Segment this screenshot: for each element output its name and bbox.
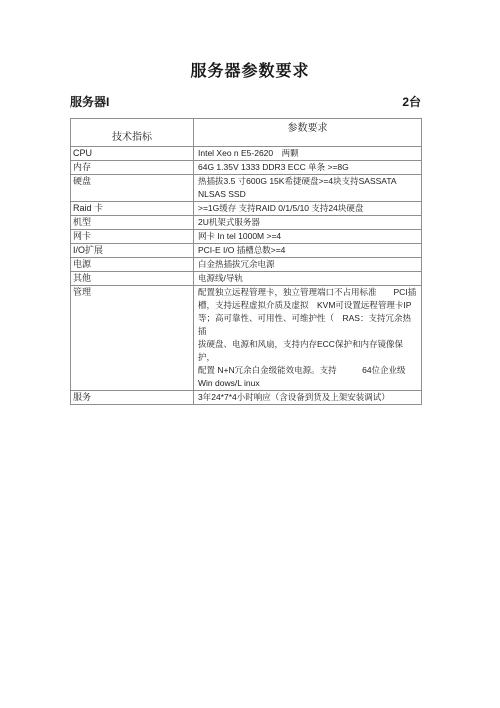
row-label: 服务 (71, 391, 194, 405)
spec-table-body: CPU Intel Xeo n E5-2620 两颗 内存 64G 1.35V … (71, 147, 422, 405)
row-value: 64G 1.35V 1333 DDR3 ECC 单条 >=8G (194, 161, 422, 175)
table-row: I/O扩展 PCI-E I/O 插槽总数>=4 (71, 244, 422, 258)
column-header-requirement: 参数要求 (194, 119, 422, 147)
table-row: 电源 白金热插拔冗余电源 (71, 258, 422, 272)
row-value: 电源线/导轨 (194, 272, 422, 286)
table-row: 机型 2U机架式服务器 (71, 216, 422, 230)
row-value: 3年24*7*4小时响应（含设备到货及上架安装调试） (194, 391, 422, 405)
table-row: 内存 64G 1.35V 1333 DDR3 ECC 单条 >=8G (71, 161, 422, 175)
row-label: 机型 (71, 216, 194, 230)
row-label: 内存 (71, 161, 194, 175)
table-row: CPU Intel Xeo n E5-2620 两颗 (71, 147, 422, 161)
row-value: 配置独立远程管理卡，独立管理端口不占用标准 PCI插 槽，支持远程虚拟介质及虚拟… (194, 286, 422, 391)
table-row: 服务 3年24*7*4小时响应（含设备到货及上架安装调试） (71, 391, 422, 405)
table-row: Raid 卡 >=1G缓存 支持RAID 0/1/5/10 支持24块硬盘 (71, 202, 422, 216)
row-value: >=1G缓存 支持RAID 0/1/5/10 支持24块硬盘 (194, 202, 422, 216)
server-quantity-label: 2台 (402, 93, 421, 110)
column-header-indicator: 技术指标 (71, 119, 194, 147)
row-label: 其他 (71, 272, 194, 286)
row-label: 网卡 (71, 230, 194, 244)
row-label: 硬盘 (71, 175, 194, 202)
table-row: 网卡 网卡 In tel 1000M >=4 (71, 230, 422, 244)
row-value: 热插拔3.5 寸600G 15K希捷硬盘>=4块支持SASSATA NLSAS … (194, 175, 422, 202)
row-value: PCI-E I/O 插槽总数>=4 (194, 244, 422, 258)
table-row: 管理 配置独立远程管理卡，独立管理端口不占用标准 PCI插 槽，支持远程虚拟介质… (71, 286, 422, 391)
table-row: 硬盘 热插拔3.5 寸600G 15K希捷硬盘>=4块支持SASSATA NLS… (71, 175, 422, 202)
row-value: 2U机架式服务器 (194, 216, 422, 230)
row-value: 网卡 In tel 1000M >=4 (194, 230, 422, 244)
server-name-label: 服务器I (70, 93, 109, 110)
table-header-row: 技术指标 参数要求 (71, 119, 422, 147)
row-label: Raid 卡 (71, 202, 194, 216)
row-label: 电源 (71, 258, 194, 272)
row-value: Intel Xeo n E5-2620 两颗 (194, 147, 422, 161)
page-title: 服务器参数要求 (0, 58, 500, 81)
spec-table: 技术指标 参数要求 CPU Intel Xeo n E5-2620 两颗 内存 … (70, 118, 422, 405)
table-row: 其他 电源线/导轨 (71, 272, 422, 286)
row-label: 管理 (71, 286, 194, 391)
document-page: 服务器参数要求 服务器I 2台 技术指标 参数要求 CPU Intel Xeo … (0, 0, 500, 708)
row-value: 白金热插拔冗余电源 (194, 258, 422, 272)
row-label: I/O扩展 (71, 244, 194, 258)
row-label: CPU (71, 147, 194, 161)
subtitle-row: 服务器I 2台 (70, 93, 421, 110)
